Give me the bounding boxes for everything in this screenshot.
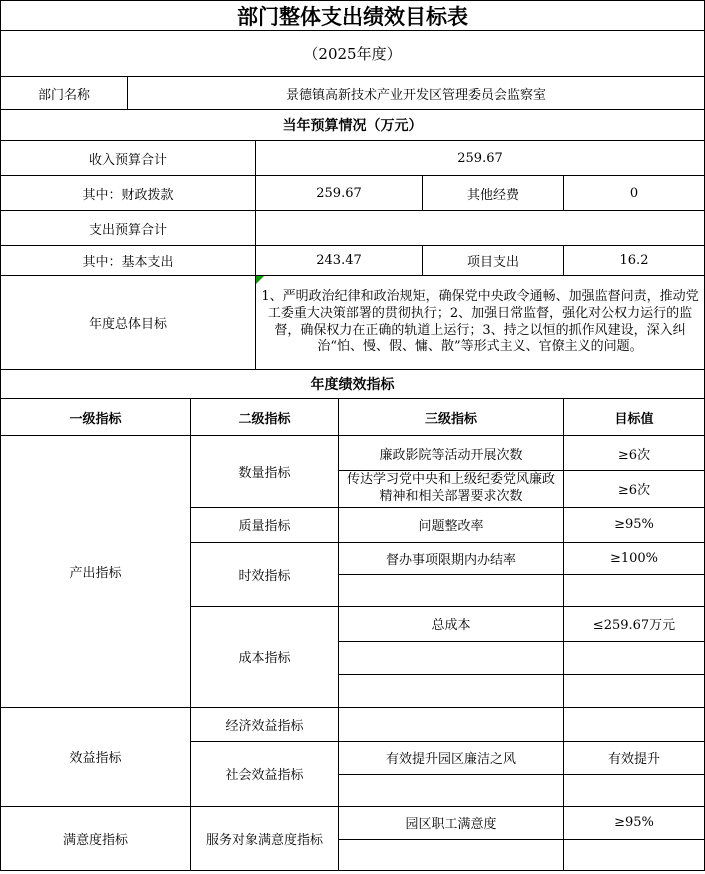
target-cell: ≥95% [564,806,705,839]
cell-comment-marker-icon [256,276,264,284]
annual-goal-cell: 1、严明政治纪律和政治规矩，确保党中央政令通畅、加强监督问责，推动党工委重大决策… [256,276,705,370]
performance-target-sheet: 部门整体支出绩效目标表 （2025年度） 部门名称 景德镇高新技术产业开发区管理… [0,0,705,871]
table-row: 满意度指标 服务对象满意度指标 园区职工满意度 ≥95% [1,806,705,839]
level2-service: 服务对象满意度指标 [191,806,339,870]
department-label: 部门名称 [1,77,128,110]
target-cell [564,574,705,606]
page-subtitle: （2025年度） [0,30,705,77]
header-target: 目标值 [564,399,705,436]
level1-benefit: 效益指标 [1,707,191,806]
indicators-header-row: 一级指标 二级指标 三级指标 目标值 [1,399,705,436]
fiscal-value: 259.67 [256,176,423,211]
l3-cell: 总成本 [339,606,564,641]
target-cell: 有效提升 [564,741,705,774]
fiscal-label: 其中：财政拨款 [1,176,256,211]
l3-cell: 问题整改率 [339,507,564,542]
target-cell: ≥6次 [564,436,705,471]
department-table: 部门名称 景德镇高新技术产业开发区管理委员会监察室 [0,76,705,110]
annual-goal-label: 年度总体目标 [1,276,256,370]
l3-cell [339,707,564,741]
fiscal-other-row: 其中：财政拨款 259.67 其他经费 0 [1,176,705,211]
target-cell: ≥6次 [564,471,705,508]
target-cell [564,641,705,674]
indicators-table: 一级指标 二级指标 三级指标 目标值 产出指标 数量指标 廉政影院等活动开展次数… [0,398,705,871]
l3-cell: 园区职工满意度 [339,806,564,839]
l3-cell [339,674,564,707]
page-title: 部门整体支出绩效目标表 [0,0,705,31]
department-value: 景德镇高新技术产业开发区管理委员会监察室 [128,77,705,110]
l3-cell [339,641,564,674]
project-expense-value: 16.2 [564,246,705,276]
budget-table: 收入预算合计 259.67 其中：财政拨款 259.67 其他经费 0 支出预算… [0,140,705,276]
target-cell [564,707,705,741]
department-row: 部门名称 景德镇高新技术产业开发区管理委员会监察室 [1,77,705,110]
l3-cell: 传达学习党中央和上级纪委党风廉政精神和相关部署要求次数 [339,471,564,508]
level2-economic: 经济效益指标 [191,707,339,741]
expense-total-value [256,211,705,246]
basic-expense-value: 243.47 [256,246,423,276]
basic-expense-label: 其中：基本支出 [1,246,256,276]
target-cell: ≤259.67万元 [564,606,705,641]
income-total-row: 收入预算合计 259.67 [1,141,705,176]
level2-cost: 成本指标 [191,606,339,707]
header-level3: 三级指标 [339,399,564,436]
level2-timeliness: 时效指标 [191,542,339,606]
annual-goal-row: 年度总体目标 1、严明政治纪律和政治规矩，确保党中央政令通畅、加强监督问责，推动… [1,276,705,370]
l3-cell [339,774,564,806]
level1-output: 产出指标 [1,436,191,708]
level1-satisfaction: 满意度指标 [1,806,191,870]
other-funds-value: 0 [564,176,705,211]
income-total-value: 259.67 [256,141,705,176]
l3-cell: 督办事项限期内办结率 [339,542,564,574]
table-row: 效益指标 经济效益指标 [1,707,705,741]
header-level2: 二级指标 [191,399,339,436]
l3-cell [339,574,564,606]
income-total-label: 收入预算合计 [1,141,256,176]
annual-goal-text: 1、严明政治纪律和政治规矩，确保党中央政令通畅、加强监督问责，推动党工委重大决策… [261,289,698,354]
basic-project-row: 其中：基本支出 243.47 项目支出 16.2 [1,246,705,276]
target-cell: ≥100% [564,542,705,574]
project-expense-label: 项目支出 [423,246,564,276]
target-cell [564,839,705,870]
l3-cell: 廉政影院等活动开展次数 [339,436,564,471]
level2-quality: 质量指标 [191,507,339,542]
target-cell: ≥95% [564,507,705,542]
table-row: 产出指标 数量指标 廉政影院等活动开展次数 ≥6次 [1,436,705,471]
level2-quantity: 数量指标 [191,436,339,508]
target-cell [564,674,705,707]
target-cell [564,774,705,806]
other-funds-label: 其他经费 [423,176,564,211]
header-level1: 一级指标 [1,399,191,436]
annual-goal-table: 年度总体目标 1、严明政治纪律和政治规矩，确保党中央政令通畅、加强监督问责，推动… [0,275,705,370]
expense-total-label: 支出预算合计 [1,211,256,246]
level2-social: 社会效益指标 [191,741,339,806]
indicators-section-banner: 年度绩效指标 [0,369,705,399]
l3-cell: 有效提升园区廉洁之风 [339,741,564,774]
expense-total-row: 支出预算合计 [1,211,705,246]
l3-cell [339,839,564,870]
budget-section-banner: 当年预算情况（万元） [0,109,705,141]
